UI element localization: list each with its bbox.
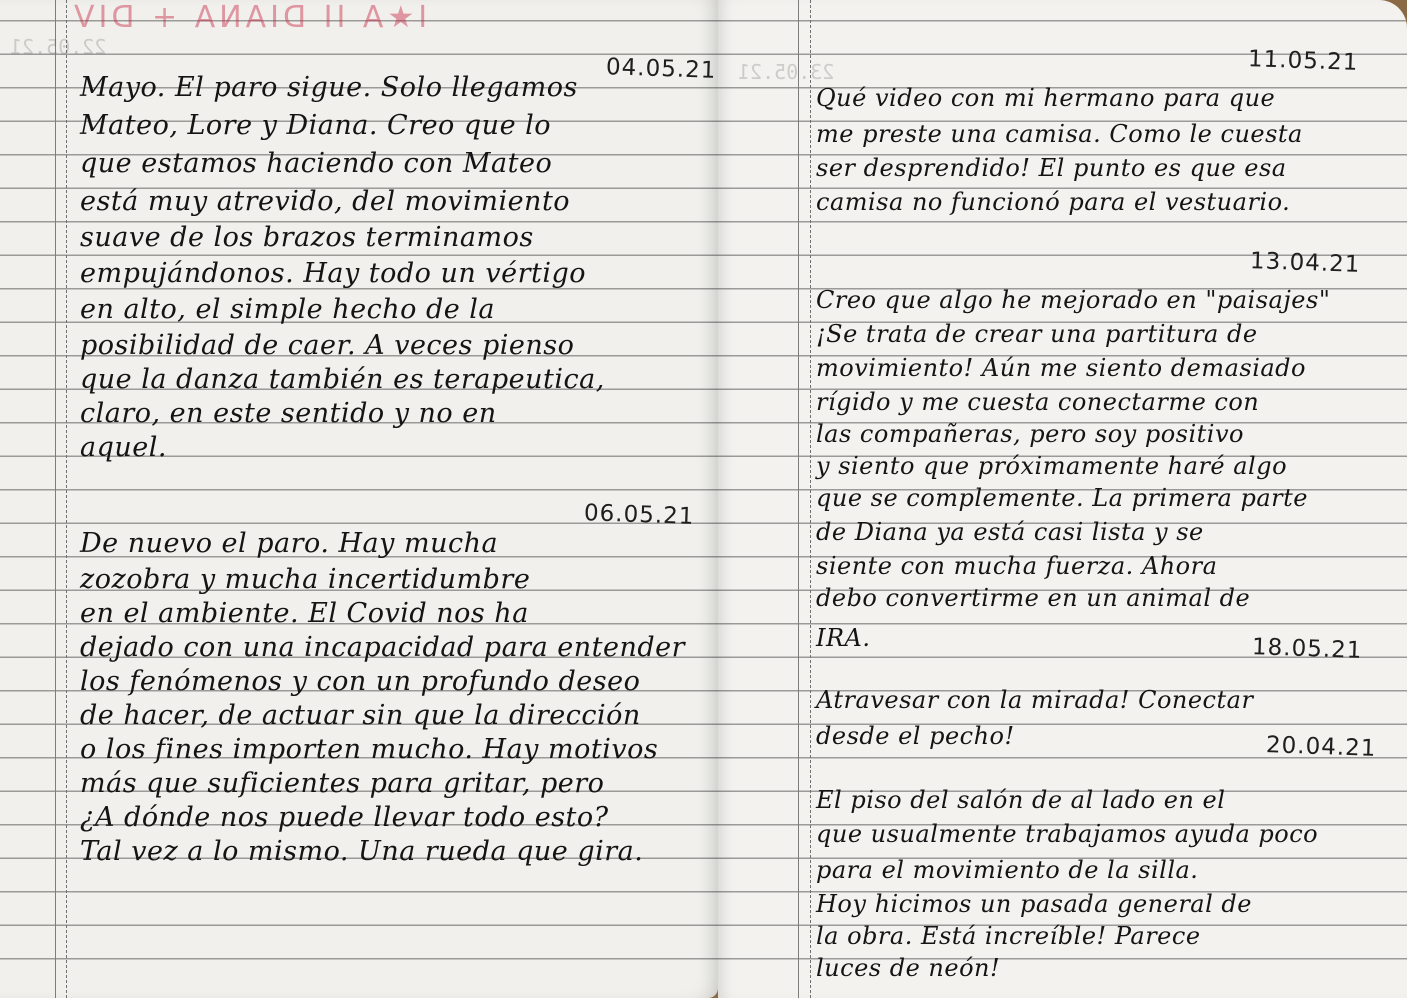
entry-line: luces de neón!	[816, 954, 1000, 982]
entry-line: debo convertirme en un animal de	[816, 584, 1250, 612]
entry-line: Hoy hicimos un pasada general de	[816, 890, 1252, 918]
entry-line: las compañeras, pero soy positivo	[816, 420, 1244, 448]
entry-line: y siento que próximamente haré algo	[816, 452, 1287, 480]
entry-line: El piso del salón de al lado en el	[816, 786, 1225, 814]
entry-date: 20.04.21	[1266, 732, 1377, 762]
entry-line: siente con mucha fuerza. Ahora	[816, 552, 1217, 580]
margin-line	[798, 0, 799, 998]
entry-line: de Diana ya está casi lista y se	[816, 518, 1204, 546]
entry-line: Mayo. El paro sigue. Solo llegamos	[80, 72, 578, 103]
bleed-through-date: 22.05.21	[10, 35, 106, 59]
entry-date: 11.05.21	[1248, 46, 1359, 76]
entry-line: aquel.	[80, 432, 167, 463]
entry-line: Mateo, Lore y Diana. Creo que lo	[80, 110, 551, 141]
entry-line: IRA.	[816, 624, 871, 652]
entry-date: 13.04.21	[1250, 248, 1361, 278]
entry-date: 18.05.21	[1252, 634, 1363, 664]
entry-line: Atravesar con la mirada! Conectar	[816, 686, 1253, 714]
entry-line: de hacer, de actuar sin que la dirección	[80, 700, 641, 731]
entry-line: claro, en este sentido y no en	[80, 398, 497, 429]
entry-line: Creo que algo he mejorado en "paisajes"	[816, 286, 1330, 314]
entry-line: ¿A dónde nos puede llevar todo esto?	[80, 802, 609, 833]
entry-line: movimiento! Aún me siento demasiado	[816, 354, 1306, 382]
entry-line: desde el pecho!	[816, 722, 1015, 750]
entry-line: camisa no funcionó para el vestuario.	[816, 188, 1290, 216]
bleed-through-text: I★A II DIANA + DIV	[70, 0, 427, 35]
entry-line: ¡Se trata de crear una partitura de	[816, 320, 1258, 348]
entry-date: 06.05.21	[584, 500, 695, 530]
entry-line: que la danza también es terapeutica,	[80, 364, 605, 395]
entry-line: está muy atrevido, del movimiento	[80, 186, 570, 217]
right-page: 23.05.21 11.05.21 Qué video con mi herma…	[718, 0, 1407, 998]
entry-line: suave de los brazos terminamos	[80, 222, 534, 253]
entry-date: 04.05.21	[606, 54, 717, 84]
entry-line: la obra. Está increíble! Parece	[816, 922, 1201, 950]
entry-line: en el ambiente. El Covid nos ha	[80, 598, 529, 629]
entry-line: más que suficientes para gritar, pero	[80, 768, 604, 799]
entry-line: rígido y me cuesta conectarme con	[816, 388, 1259, 416]
entry-line: o los fines importen mucho. Hay motivos	[80, 734, 658, 765]
entry-line: que se complemente. La primera parte	[816, 484, 1308, 512]
entry-line: los fenómenos y con un profundo deseo	[80, 666, 640, 697]
entry-line: en alto, el simple hecho de la	[80, 294, 495, 325]
entry-line: De nuevo el paro. Hay mucha	[80, 528, 498, 559]
entry-line: que estamos haciendo con Mateo	[80, 148, 552, 179]
entry-line: empujándonos. Hay todo un vértigo	[80, 258, 586, 289]
entry-line: posibilidad de caer. A veces pienso	[80, 330, 574, 361]
entry-line: para el movimiento de la silla.	[816, 856, 1198, 884]
margin-dashed-line	[810, 0, 811, 998]
margin-line	[55, 0, 56, 998]
entry-line: Tal vez a lo mismo. Una rueda que gira.	[80, 836, 643, 867]
left-page: I★A II DIANA + DIV 22.05.21 04.05.21 May…	[0, 0, 718, 998]
notebook-spread: I★A II DIANA + DIV 22.05.21 04.05.21 May…	[0, 0, 1407, 998]
entry-line: que usualmente trabajamos ayuda poco	[816, 820, 1318, 848]
entry-line: me preste una camisa. Como le cuesta	[816, 120, 1303, 148]
entry-line: ser desprendido! El punto es que esa	[816, 154, 1287, 182]
entry-line: dejado con una incapacidad para entender	[80, 632, 685, 663]
margin-dashed-line	[66, 0, 67, 998]
entry-line: Qué video con mi hermano para que	[816, 84, 1275, 112]
entry-line: zozobra y mucha incertidumbre	[80, 564, 530, 595]
bleed-through-date: 23.05.21	[738, 60, 834, 84]
